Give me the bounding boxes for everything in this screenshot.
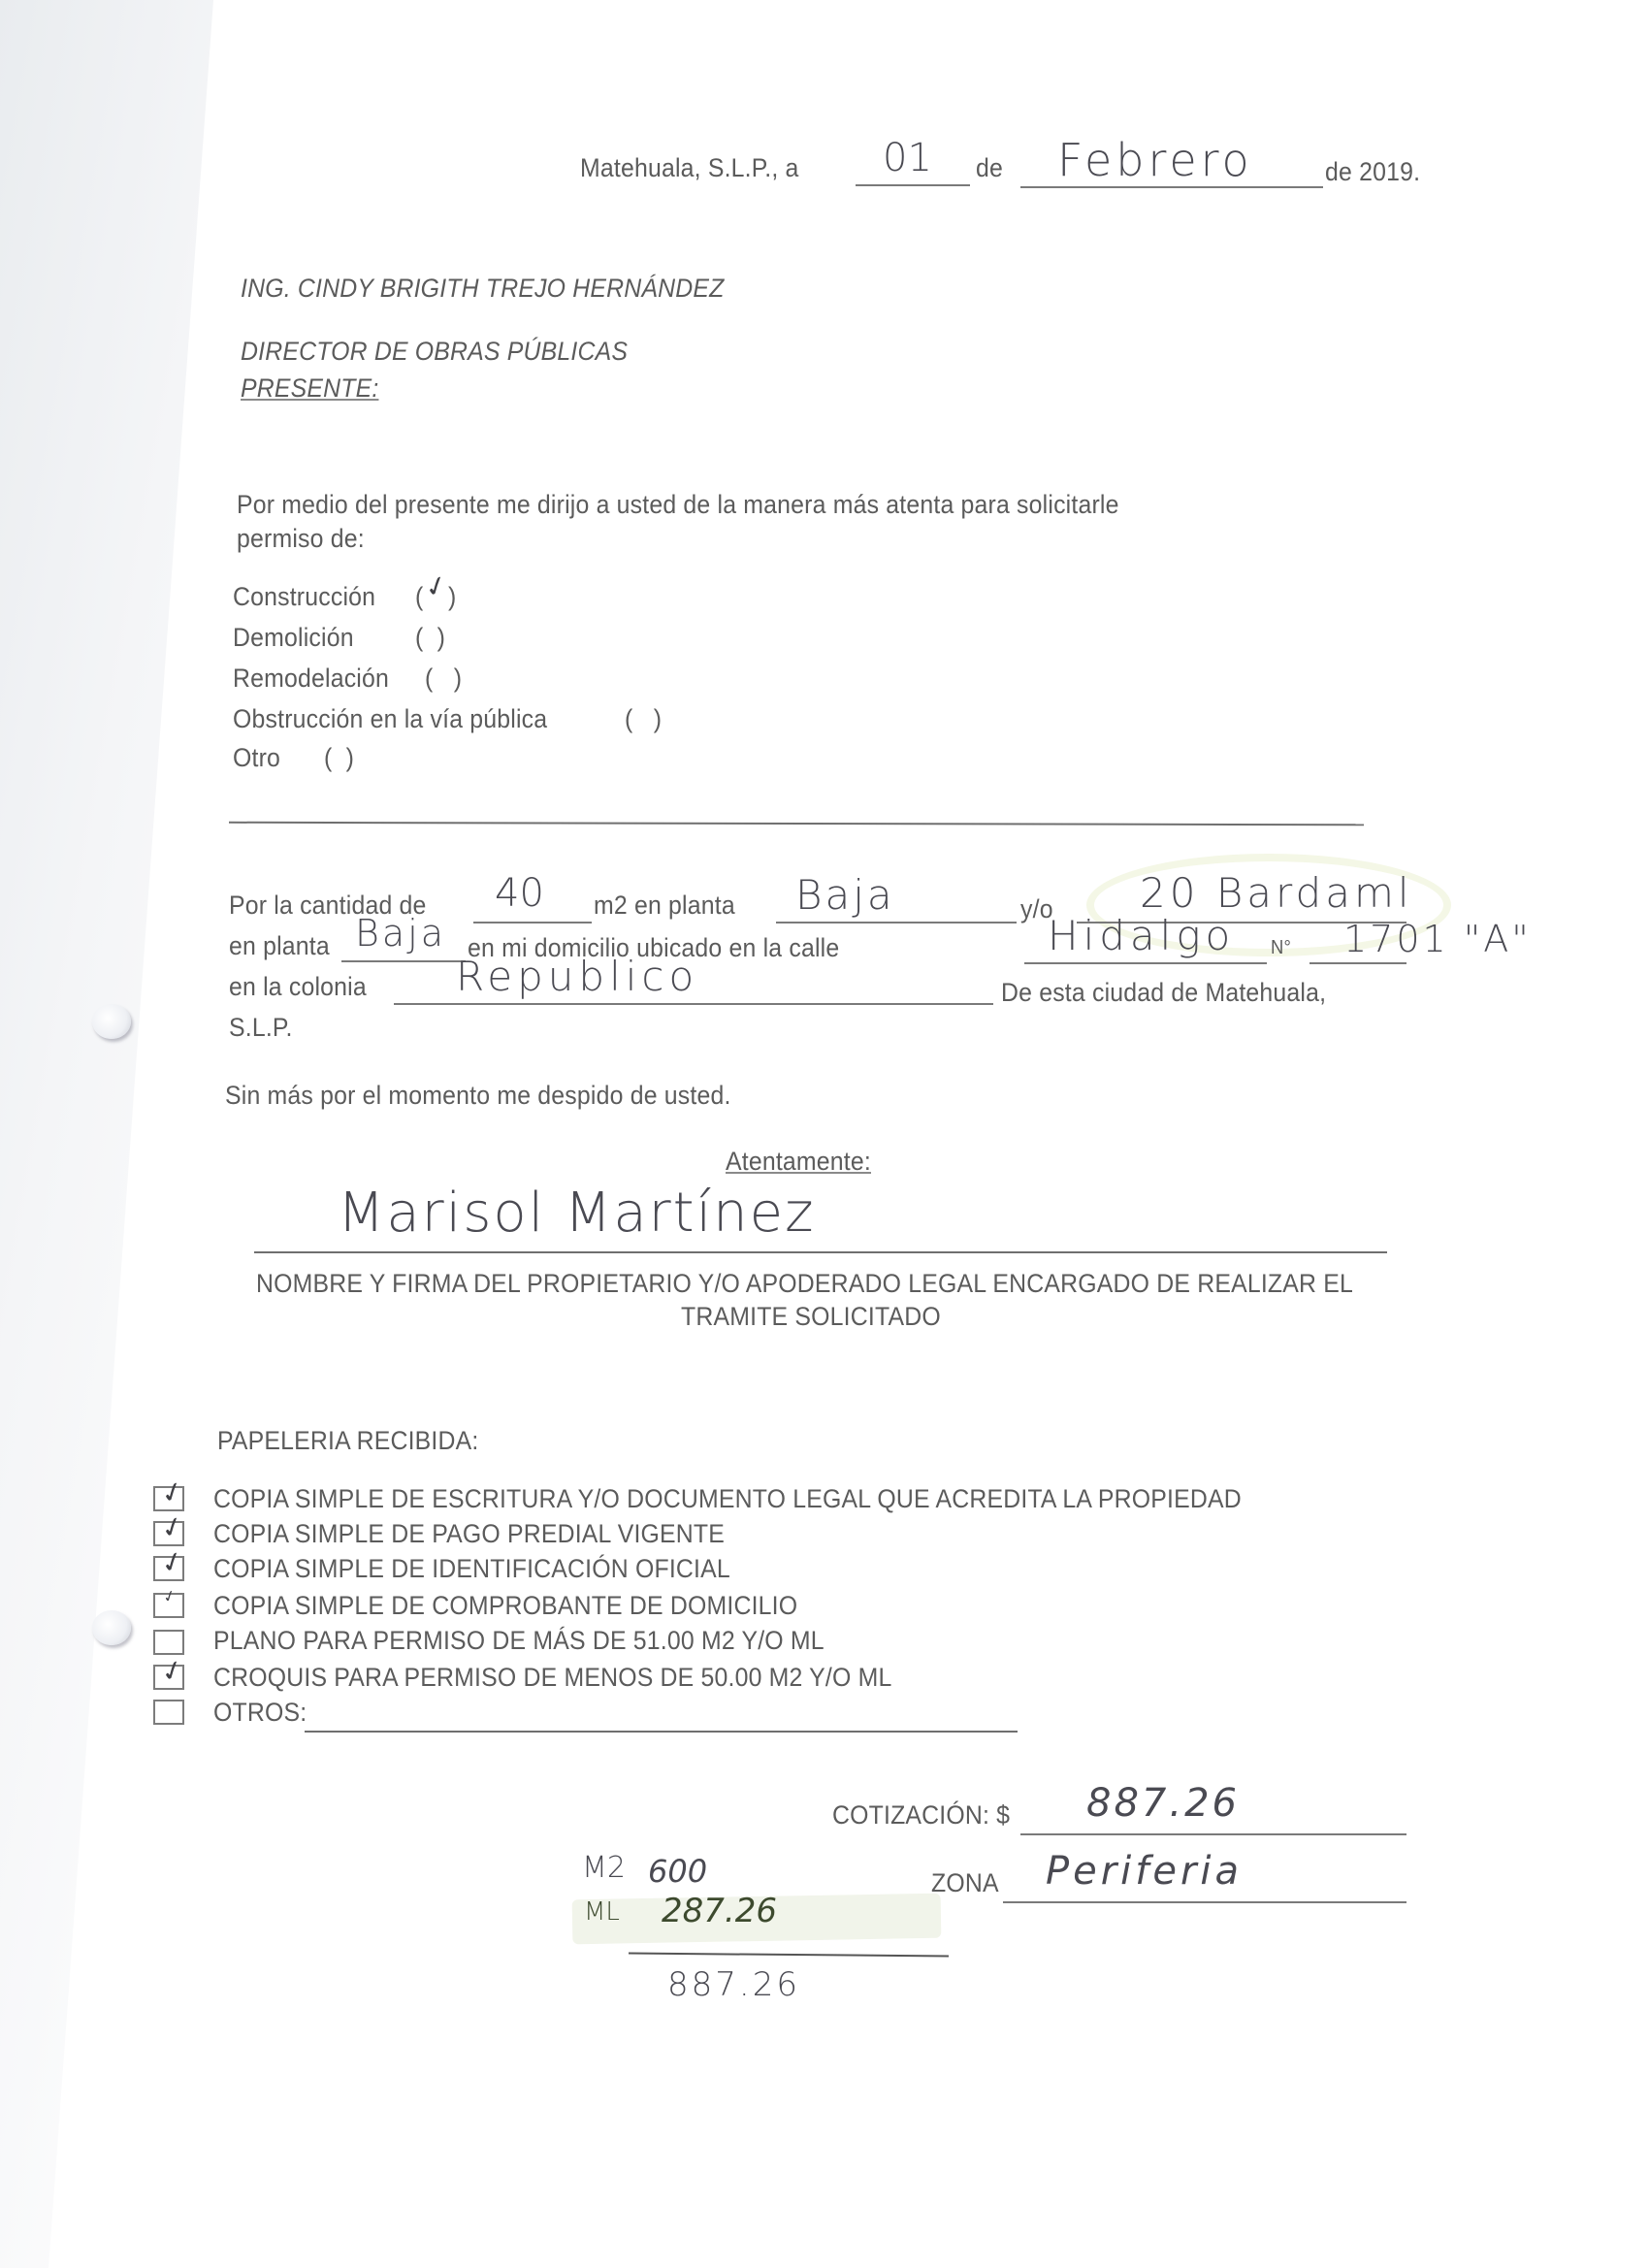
cotizacion-underline [1020, 1833, 1406, 1835]
calc-ml-label: ML [584, 1897, 620, 1927]
signature-line [254, 1251, 1387, 1253]
intro-line-1: Por medio del presente me dirijo a usted… [237, 490, 1119, 520]
atentamente-label: Atentamente: [726, 1147, 871, 1177]
paren-empty: ( ) [415, 623, 445, 653]
paren-empty: ( ) [625, 704, 662, 734]
day-underline [856, 184, 970, 186]
calle-field[interactable]: Hidalgo [1048, 912, 1235, 959]
farewell-text: Sin más por el momento me despido de ust… [225, 1081, 731, 1111]
signature[interactable]: Marisol Martínez [338, 1182, 816, 1245]
calc-m2-label: M2 [582, 1851, 626, 1885]
numero-underline [1309, 962, 1406, 964]
calle-underline [1024, 962, 1267, 964]
item-label: OTROS: [213, 1698, 307, 1728]
en-planta-underline [341, 960, 466, 962]
item-label: COPIA SIMPLE DE PAGO PREDIAL VIGENTE [213, 1519, 725, 1549]
addressee-title: DIRECTOR DE OBRAS PÚBLICAS [241, 337, 628, 367]
presente-label: PRESENTE: [241, 373, 378, 404]
otros-specify-line[interactable] [305, 1731, 1018, 1733]
sum-line [629, 1953, 949, 1957]
zona-label: ZONA [931, 1868, 999, 1898]
estado-label: S.L.P. [229, 1013, 293, 1043]
signature-caption-1: NOMBRE Y FIRMA DEL PROPIETARIO Y/O APODE… [256, 1269, 1353, 1299]
punch-hole [92, 1610, 131, 1645]
permit-label: Construcción [233, 582, 375, 612]
planta-underline [776, 922, 1017, 923]
checkbox[interactable] [153, 1630, 184, 1655]
addressee-name: ING. CINDY BRIGITH TREJO HERNÁNDEZ [241, 274, 724, 304]
numero-label: N° [1271, 937, 1291, 959]
numero-field[interactable]: 1701 "A" [1343, 918, 1532, 960]
planta-field[interactable]: Baja [795, 871, 895, 919]
calc-total: 887.26 [667, 1965, 800, 2004]
permit-label: Otro [233, 743, 280, 773]
item-label: PLANO PARA PERMISO DE MÁS DE 51.00 M2 Y/… [213, 1626, 824, 1656]
en-planta-field[interactable]: Baja [355, 912, 446, 955]
calc-ml-value: 287.26 [662, 1892, 777, 1930]
ciudad-label: De esta ciudad de Matehuala, [1001, 978, 1326, 1008]
punch-hole [92, 1004, 131, 1039]
paren-empty: ( ) [425, 664, 462, 694]
colonia-underline [394, 1003, 993, 1005]
otro-specify-line[interactable] [229, 822, 1364, 826]
colonia-label: en la colonia [229, 972, 367, 1002]
colonia-field[interactable]: Republico [456, 953, 698, 1000]
en-planta-label: en planta [229, 931, 330, 961]
cotizacion-field[interactable]: 887.26 [1086, 1781, 1240, 1826]
item-label: COPIA SIMPLE DE IDENTIFICACIÓN OFICIAL [213, 1554, 730, 1584]
permit-label: Remodelación [233, 664, 389, 694]
permit-label: Obstrucción en la vía pública [233, 704, 547, 734]
scan-shadow [0, 0, 213, 2268]
m2-label: m2 en planta [594, 891, 735, 921]
paren-empty: ( ) [324, 743, 354, 773]
cantidad-field[interactable]: 40 [495, 871, 544, 916]
signature-caption-2: TRAMITE SOLICITADO [681, 1302, 941, 1332]
month-field[interactable]: Febrero [1057, 134, 1253, 186]
cotizacion-label: COTIZACIÓN: $ [832, 1800, 1010, 1831]
cantidad-underline [473, 922, 592, 923]
paren-close: ) [448, 582, 456, 612]
zona-underline [1003, 1901, 1406, 1903]
month-underline [1020, 186, 1323, 188]
intro-line-2: permiso de: [237, 524, 365, 554]
papeleria-title: PAPELERIA RECIBIDA: [217, 1426, 478, 1456]
day-field[interactable]: 01 [883, 136, 932, 180]
de-label: de [976, 153, 1003, 183]
permit-label: Demolición [233, 623, 354, 653]
checkbox[interactable] [153, 1700, 184, 1725]
paren-open: ( [415, 582, 423, 612]
zona-field[interactable]: Periferia [1046, 1849, 1243, 1894]
year-suffix: de 2019. [1325, 157, 1420, 187]
item-label: COPIA SIMPLE DE COMPROBANTE DE DOMICILIO [213, 1591, 797, 1621]
item-label: COPIA SIMPLE DE ESCRITURA Y/O DOCUMENTO … [213, 1484, 1242, 1514]
place-prefix: Matehuala, S.L.P., a [580, 153, 799, 183]
item-label: CROQUIS PARA PERMISO DE MENOS DE 50.00 M… [213, 1663, 891, 1693]
ml-field[interactable]: 20 Bardaml [1140, 869, 1413, 917]
calc-m2-value: 600 [648, 1853, 707, 1890]
